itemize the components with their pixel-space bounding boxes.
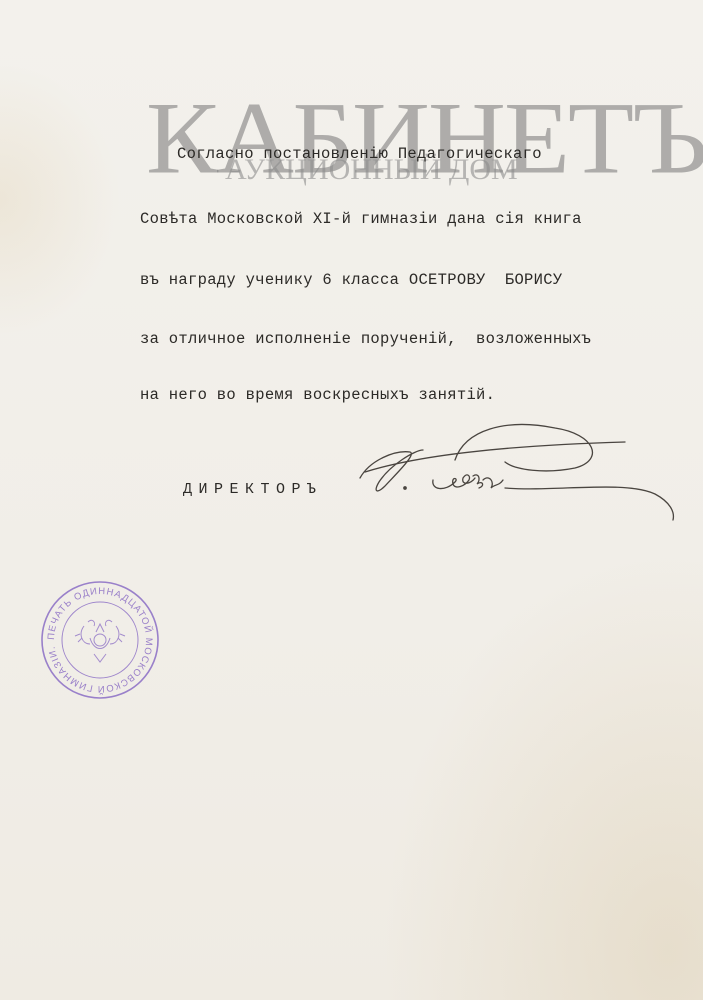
text-line-1: Согласно постановленію Педагогическаго bbox=[177, 147, 542, 163]
signatory-title: ДИРЕКТОРЪ bbox=[183, 481, 323, 498]
text-line-5: на него во время воскресныхъ занятій. bbox=[140, 388, 495, 404]
double-headed-eagle-icon bbox=[75, 620, 125, 662]
text-line-3: въ награду ученику 6 класса ОСЕТРОВУ БОР… bbox=[140, 273, 562, 289]
signature-icon bbox=[355, 420, 685, 530]
school-seal-stamp: ПЕЧАТЬ ОДИННАДЦАТОЙ МОСКОВСКОЙ ГИМНАЗІИ. bbox=[38, 578, 162, 702]
paper-page: КАБИНЕТЪ АУКЦИОННЫЙ ДОМ Согласно постано… bbox=[0, 0, 703, 1000]
text-line-2: Совѣта Московской XI-й гимназіи дана сія… bbox=[140, 212, 582, 228]
text-line-4: за отличное исполненіе порученій, возлож… bbox=[140, 332, 591, 348]
